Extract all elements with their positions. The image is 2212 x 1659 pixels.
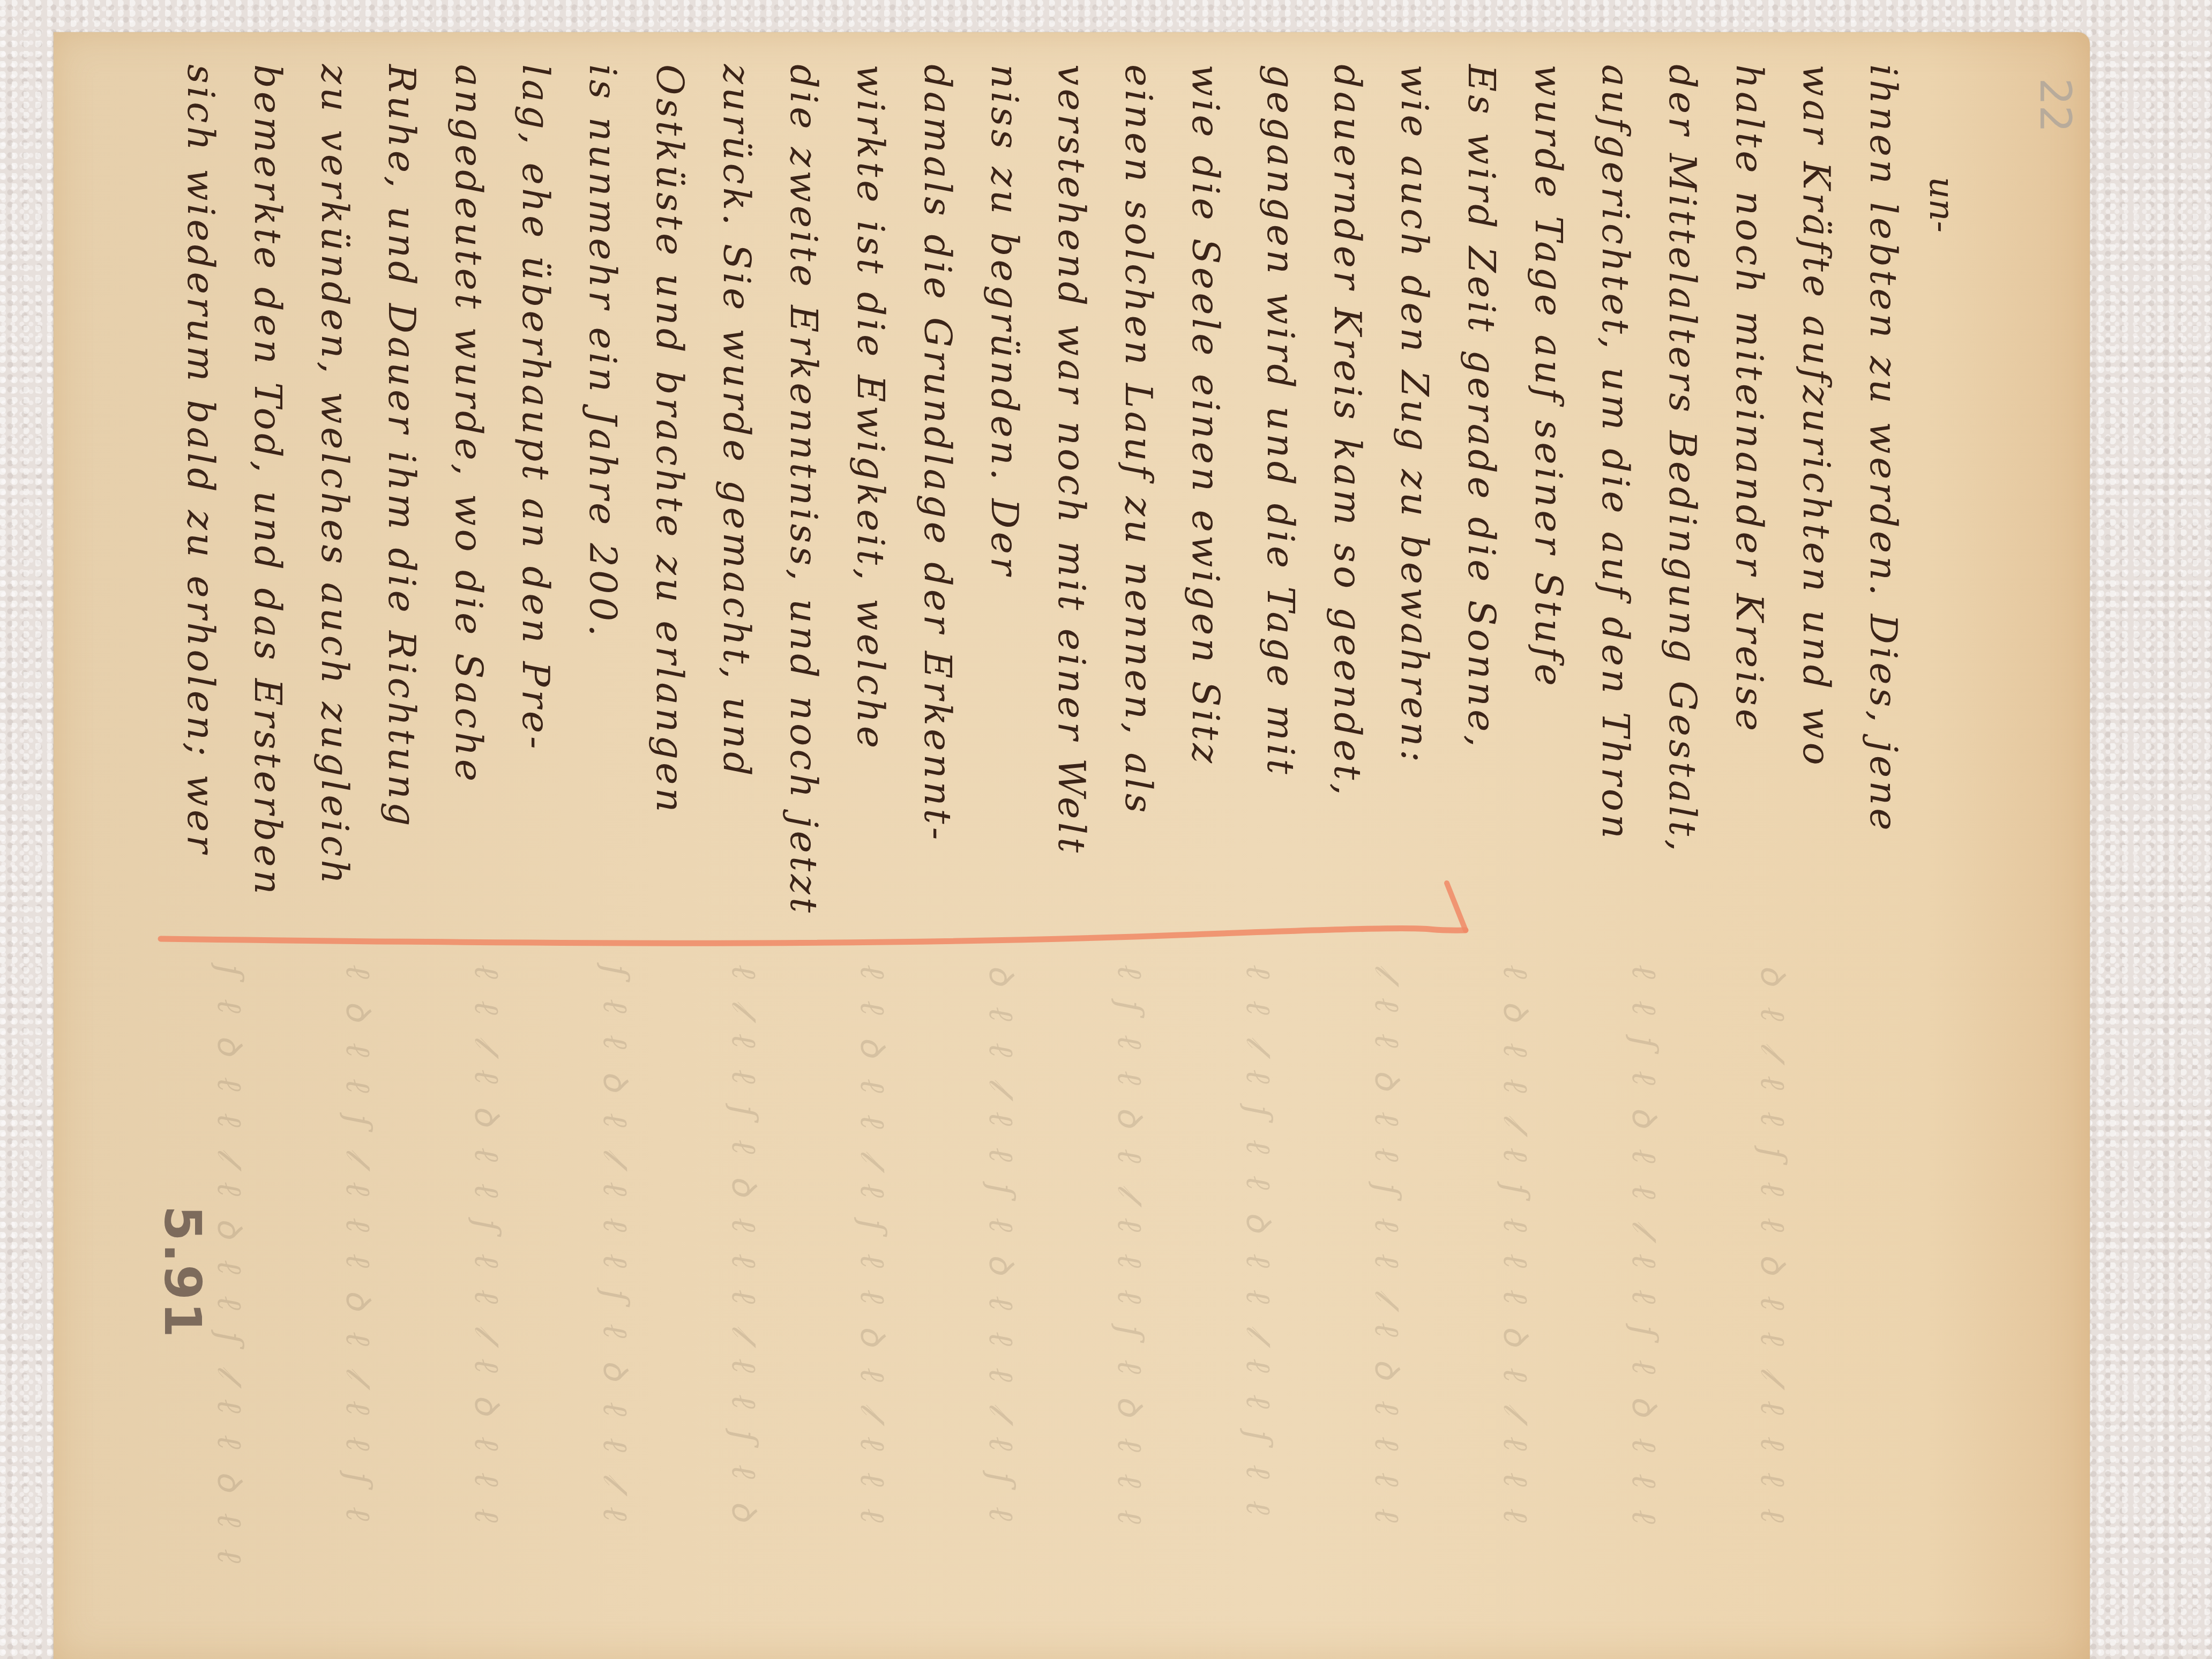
text-line: aufgerichtet, um die auf den Thron [1597,64,1634,842]
text-line: zu verkünden, welches auch zugleich [316,64,354,887]
text-line: halte noch miteinander Kreise [1731,64,1768,734]
text-line: Ruhe, und Dauer ihm die Richtung [383,64,421,829]
text-line: zurück. Sie wurde gemacht, und [718,64,756,779]
text-line: die zweite Erkenntniss, und noch jetzt [785,64,823,916]
bleed-line: ℓ ꝺ ℓ ℓ ſ 𝓁 ℓ ℓ ℓ ꝺ ℓ 𝓁 ℓ ℓ ſ ℓ [341,965,375,1526]
bleed-line: ꝺ ℓ ℓ 𝓁 ℓ ℓ ſ ℓ ꝺ ℓ ℓ ℓ 𝓁 ℓ ſ ℓ [984,965,1018,1526]
catchword: un- [1922,177,1961,233]
text-line: wie auch den Zug zu bewahren: [1396,64,1433,765]
bleed-line: ꝺ ℓ 𝓁 ℓ ℓ ſ ℓ ℓ ꝺ ℓ ℓ 𝓁 ℓ ℓ ℓ ℓ [1755,965,1790,1528]
text-line: damals die Grundlage der Erkennt- [919,64,956,843]
text-line: bemerkte den Tod, und das Ersterben [249,64,287,898]
text-line: der Mittelalters Bedingung Gestalt, [1664,64,1701,854]
text-line: gegangen wird und die Tage mit [1262,64,1299,778]
text-line: verstehend war noch mit einer Welt [1053,64,1090,856]
text-line: dauernder Kreis kam so geendet, [1329,64,1366,798]
text-line: ihnen lebten zu werden. Dies, jene [1865,64,1902,834]
bleed-line: ℓ ℓ 𝓁 ℓ ſ ℓ ℓ ꝺ ℓ ℓ 𝓁 ℓ ℓ ſ ℓ ℓ [1241,965,1275,1520]
bleed-line: 𝓁 ℓ ℓ ꝺ ℓ ℓ ſ ℓ ℓ 𝓁 ℓ ꝺ ℓ ℓ ℓ ℓ [1370,965,1404,1528]
text-line: niss zu begründen. Der [986,64,1023,578]
page-number: 22 [2030,78,2080,133]
text-line: angedeutet wurde, wo die Sache [450,64,488,784]
bleed-line: ℓ ℓ ꝺ ℓ ℓ 𝓁 ℓ ſ ℓ ℓ ꝺ ℓ 𝓁 ℓ ℓ ℓ [855,965,890,1528]
text-line: Ostküste und brachte zu erlangen [651,64,689,816]
bleed-line: ℓ ſ ℓ ℓ ꝺ ℓ 𝓁 ℓ ℓ ℓ ſ ℓ ꝺ ℓ ℓ ℓ [1112,965,1147,1529]
text-line: is nunmehr ein Jahre 200. [584,64,622,639]
text-line: wurde Tage auf seiner Stufe [1530,64,1567,689]
bleed-line: ſ ℓ ℓ ꝺ ℓ 𝓁 ℓ ℓ ℓ ſ ℓ ꝺ ℓ ℓ 𝓁 ℓ [598,965,632,1526]
text-line: wie die Seele einen ewigen Sitz [1187,64,1224,766]
text-line: Es wird Zeit gerade die Sonne, [1463,64,1500,750]
margin-note: 5.91 [153,1206,212,1340]
text-line: sich wiederum bald zu erholen; wer [182,64,220,856]
text-line: war Kräfte aufzurichten und wo [1798,64,1835,768]
text-line: lag, ehe überhaupt an den Pre- [517,64,555,752]
bleed-line: ℓ 𝓁 ℓ ℓ ſ ℓ ꝺ ℓ ℓ ℓ 𝓁 ℓ ℓ ſ ℓ ꝺ [727,965,761,1526]
bleed-line: ℓ ꝺ ℓ ℓ 𝓁 ℓ ſ ℓ ℓ ℓ ꝺ ℓ 𝓁 ℓ ℓ ℓ [1498,965,1533,1528]
text-line: einen solchen Lauf zu nennen, als [1120,64,1157,816]
bleed-line: ℓ ℓ ſ ℓ ꝺ ℓ ℓ 𝓁 ℓ ℓ ſ ℓ ꝺ ℓ ℓ ℓ [1627,965,1661,1529]
bleed-line: ℓ ℓ 𝓁 ℓ ꝺ ℓ ℓ ſ ℓ ℓ 𝓁 ℓ ꝺ ℓ ℓ ℓ [469,965,504,1528]
text-line: wirkte ist die Ewigkeit, welche [852,64,890,751]
bleed-line: ſ ℓ ꝺ ℓ ℓ 𝓁 ℓ ꝺ ℓ ℓ ſ 𝓁 ℓ ℓ ꝺ ℓ ℓ [212,965,246,1568]
